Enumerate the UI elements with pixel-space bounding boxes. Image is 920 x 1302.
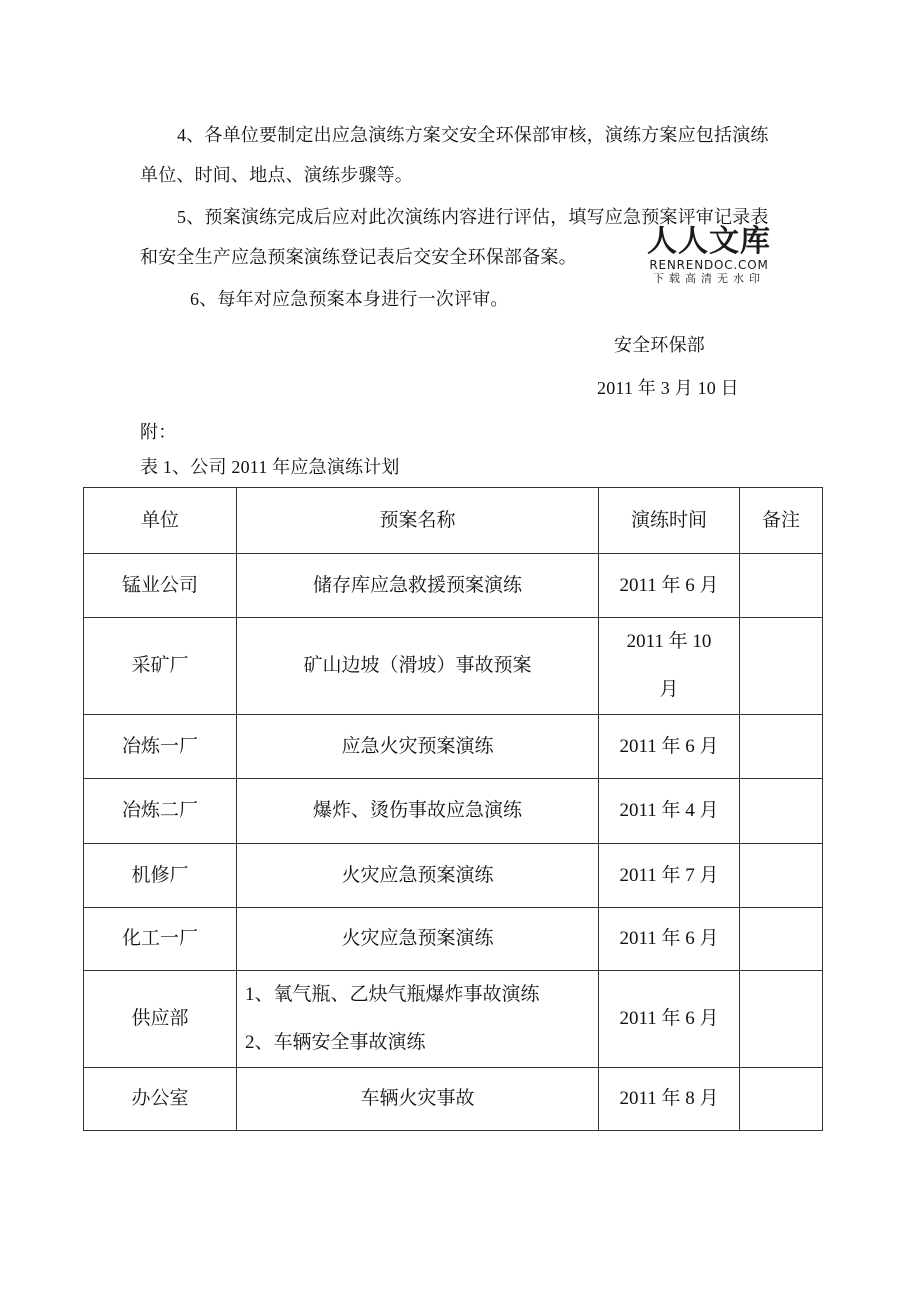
cell-unit: 化工一厂 — [84, 908, 237, 971]
drill-plan-table: 单位 预案名称 演练时间 备注 锰业公司 储存库应急救援预案演练 2011 年 … — [83, 487, 823, 1131]
cell-unit: 采矿厂 — [84, 618, 237, 715]
cell-plan: 爆炸、烫伤事故应急演练 — [237, 779, 599, 844]
table-row: 机修厂 火灾应急预案演练 2011 年 7 月 — [84, 844, 823, 908]
cell-time: 2011 年 6 月 — [599, 715, 740, 779]
header-plan-name: 预案名称 — [237, 488, 599, 554]
cell-note — [740, 618, 823, 715]
table-row: 化工一厂 火灾应急预案演练 2011 年 6 月 — [84, 908, 823, 971]
cell-time: 2011 年 10 月 — [599, 618, 740, 715]
item-4-line-2: 单位、时间、地点、演练步骤等。 — [140, 165, 413, 185]
cell-plan: 火灾应急预案演练 — [237, 908, 599, 971]
renrendoc-watermark: 人人文库 RENRENDOC.COM 下载高清无水印 — [644, 226, 774, 286]
cell-note — [740, 971, 823, 1068]
cell-time: 2011 年 6 月 — [599, 908, 740, 971]
appendix-label: 附： — [140, 422, 176, 442]
watermark-brand-en: RENRENDOC.COM — [644, 258, 774, 272]
cell-note — [740, 1068, 823, 1131]
cell-unit: 锰业公司 — [84, 554, 237, 618]
cell-note — [740, 715, 823, 779]
cell-note — [740, 908, 823, 971]
cell-time: 2011 年 6 月 — [599, 554, 740, 618]
cell-plan: 储存库应急救援预案演练 — [237, 554, 599, 618]
cell-plan: 1、氧气瓶、乙炔气瓶爆炸事故演练 2、车辆安全事故演练 — [237, 971, 599, 1068]
item-6: 6、每年对应急预案本身进行一次评审。 — [190, 289, 509, 309]
signature-department: 安全环保部 — [614, 335, 705, 355]
cell-unit: 供应部 — [84, 971, 237, 1068]
table-row: 锰业公司 储存库应急救援预案演练 2011 年 6 月 — [84, 554, 823, 618]
cell-note — [740, 844, 823, 908]
table-caption: 表 1、公司 2011 年应急演练计划 — [140, 457, 400, 477]
cell-unit: 冶炼二厂 — [84, 779, 237, 844]
cell-time: 2011 年 4 月 — [599, 779, 740, 844]
item-4-line-1: 4、各单位要制定出应急演练方案交安全环保部审核，演练方案应包括演练 — [177, 125, 769, 145]
watermark-brand-cn: 人人文库 — [644, 226, 774, 258]
cell-plan-line-2: 2、车辆安全事故演练 — [245, 1019, 598, 1067]
cell-unit: 办公室 — [84, 1068, 237, 1131]
table-row: 采矿厂 矿山边坡（滑坡）事故预案 2011 年 10 月 — [84, 618, 823, 715]
signature-date: 2011 年 3 月 10 日 — [597, 378, 739, 398]
table-header-row: 单位 预案名称 演练时间 备注 — [84, 488, 823, 554]
header-remarks: 备注 — [740, 488, 823, 554]
cell-unit: 冶炼一厂 — [84, 715, 237, 779]
cell-time: 2011 年 8 月 — [599, 1068, 740, 1131]
cell-unit: 机修厂 — [84, 844, 237, 908]
table-row: 冶炼一厂 应急火灾预案演练 2011 年 6 月 — [84, 715, 823, 779]
cell-plan: 应急火灾预案演练 — [237, 715, 599, 779]
header-drill-time: 演练时间 — [599, 488, 740, 554]
cell-note — [740, 779, 823, 844]
cell-plan: 矿山边坡（滑坡）事故预案 — [237, 618, 599, 715]
cell-note — [740, 554, 823, 618]
item-5-line-2: 和安全生产应急预案演练登记表后交安全环保部备案。 — [140, 247, 577, 267]
cell-plan: 火灾应急预案演练 — [237, 844, 599, 908]
cell-time: 2011 年 6 月 — [599, 971, 740, 1068]
cell-plan: 车辆火灾事故 — [237, 1068, 599, 1131]
table-row: 供应部 1、氧气瓶、乙炔气瓶爆炸事故演练 2、车辆安全事故演练 2011 年 6… — [84, 971, 823, 1068]
cell-plan-line-1: 1、氧气瓶、乙炔气瓶爆炸事故演练 — [245, 971, 598, 1019]
table-row: 冶炼二厂 爆炸、烫伤事故应急演练 2011 年 4 月 — [84, 779, 823, 844]
cell-time: 2011 年 7 月 — [599, 844, 740, 908]
watermark-tagline: 下载高清无水印 — [644, 272, 774, 286]
table-row: 办公室 车辆火灾事故 2011 年 8 月 — [84, 1068, 823, 1131]
header-unit: 单位 — [84, 488, 237, 554]
